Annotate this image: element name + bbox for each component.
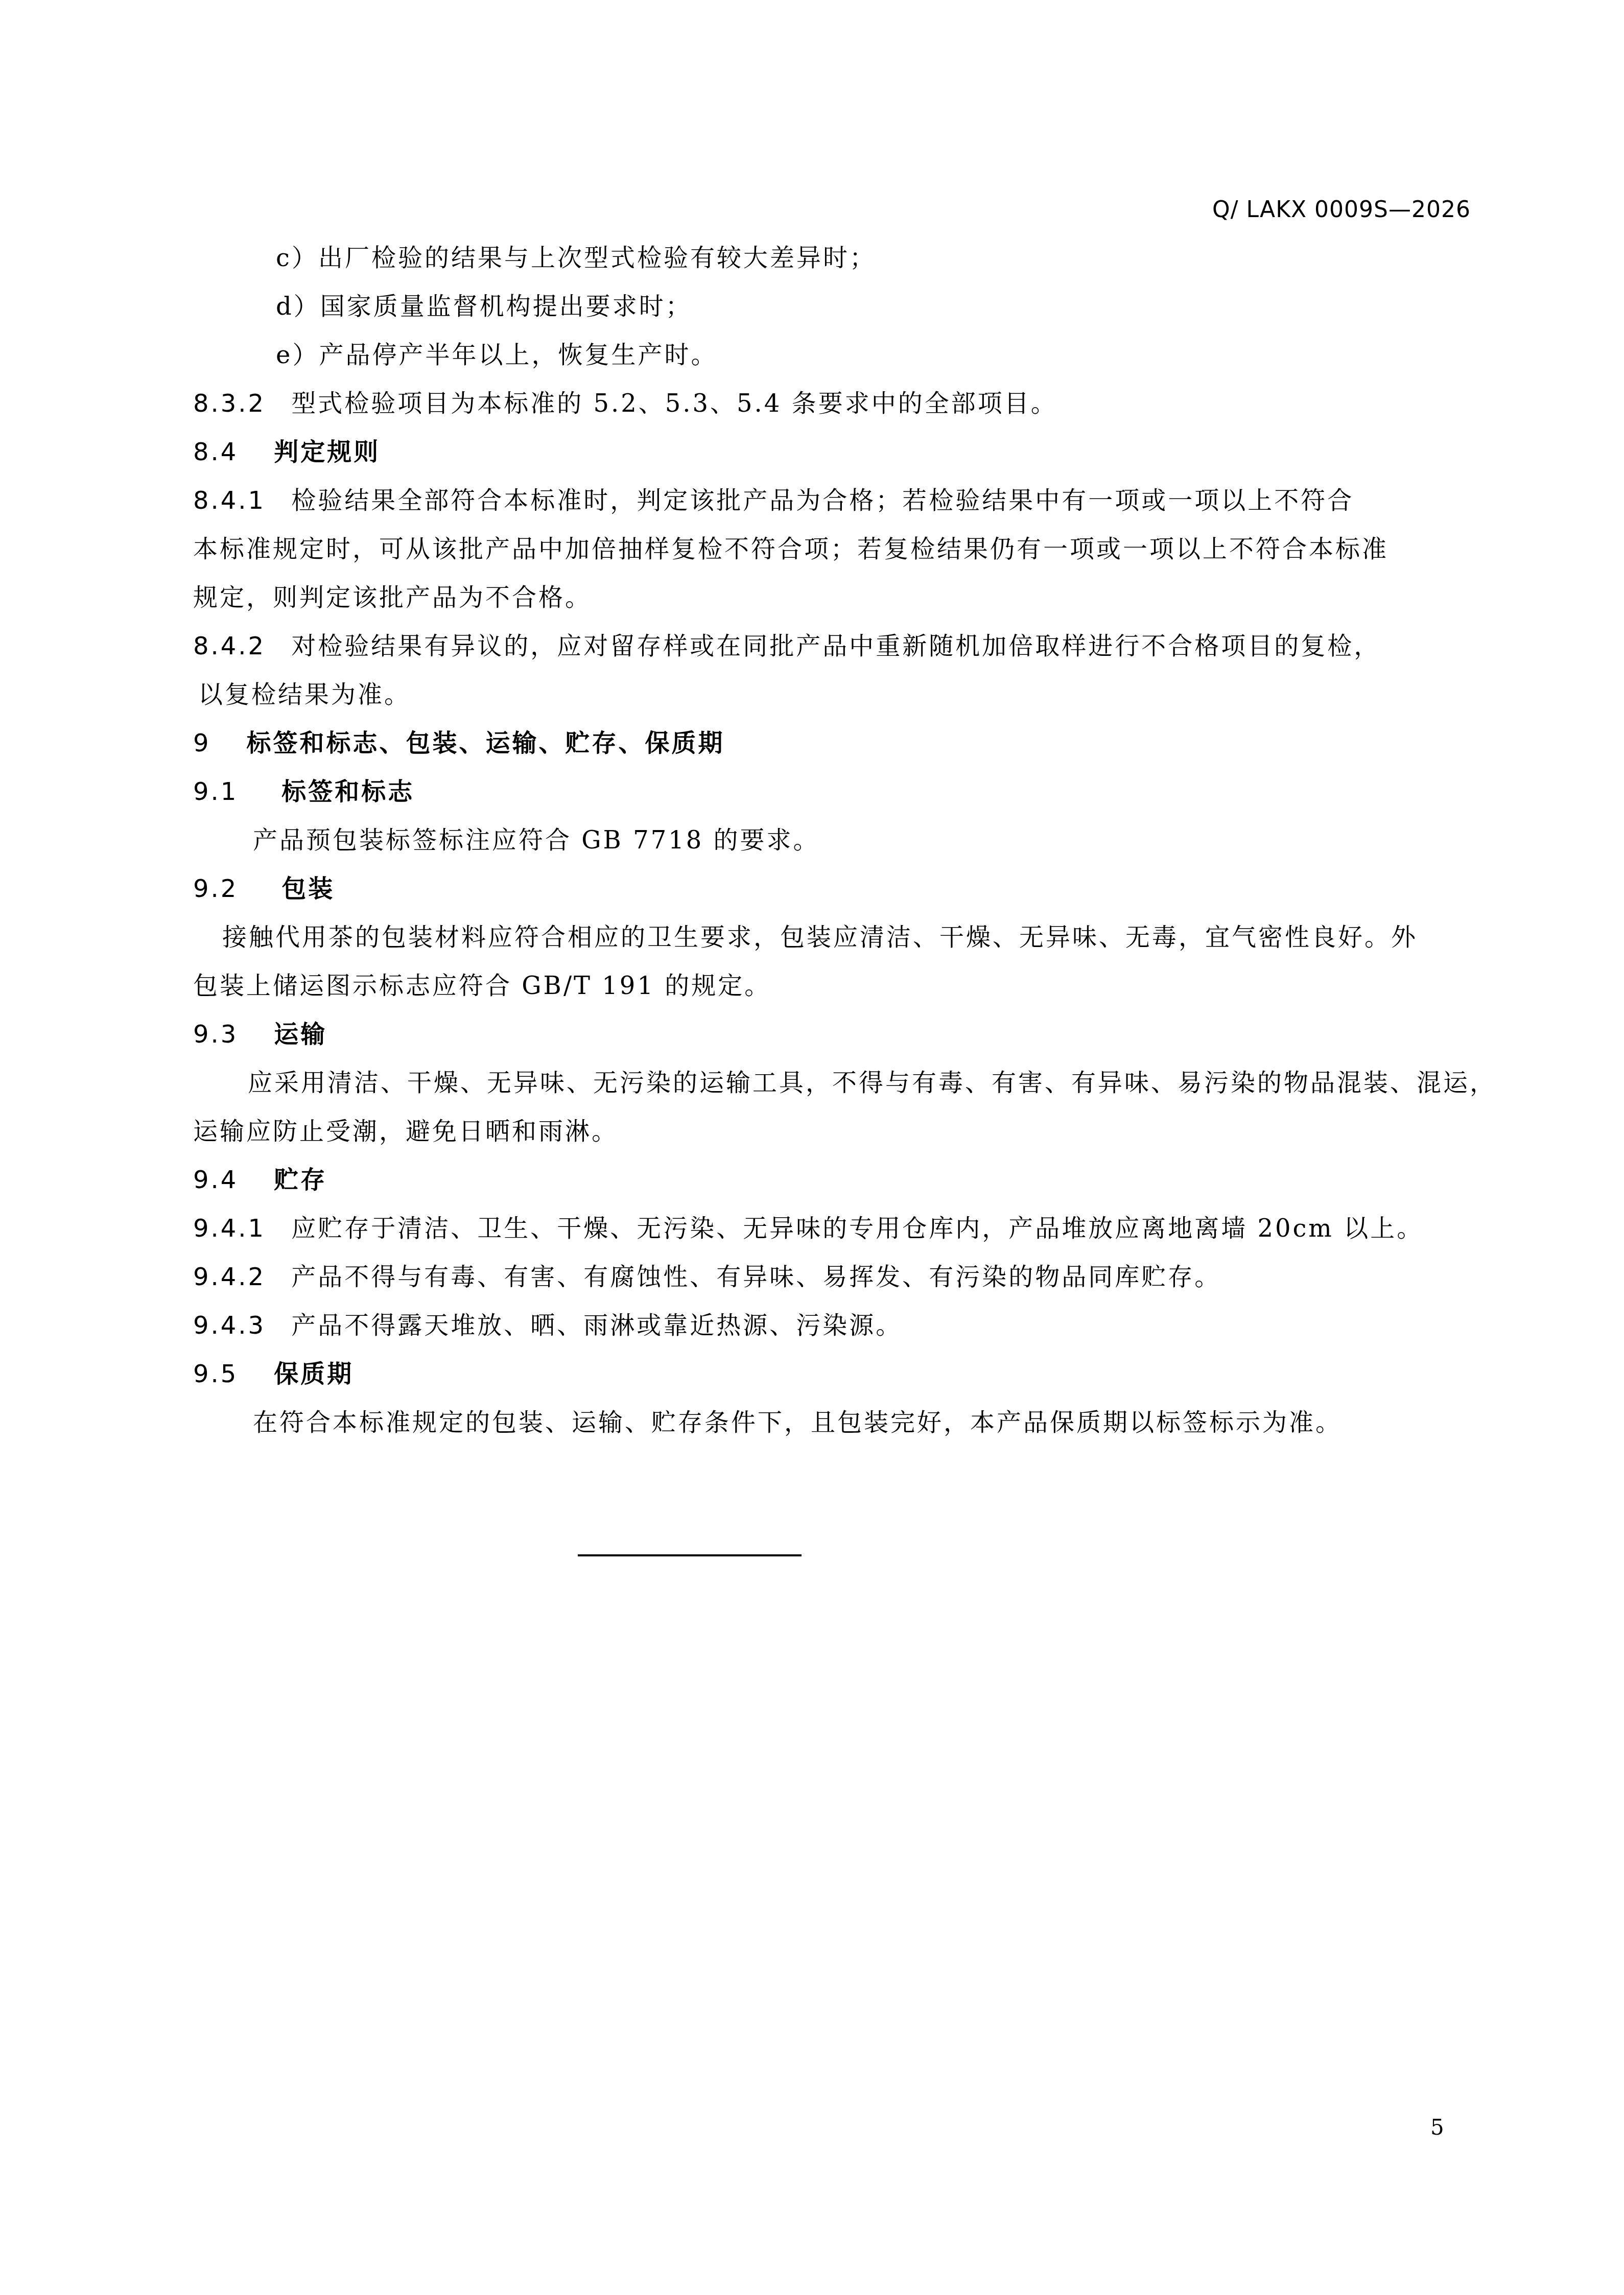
clause-text: 产品不得露天堆放、晒、雨淋或靠近热源、污染源。 bbox=[291, 1311, 902, 1340]
list-item-e: e）产品停产半年以上，恢复生产时。 bbox=[276, 340, 717, 370]
clause-9-4-2: 9.4.2产品不得与有毒、有害、有腐蚀性、有异味、易挥发、有污染的物品同库贮存。 bbox=[193, 1262, 1221, 1292]
paragraph-9-5: 在符合本标准规定的包装、运输、贮存条件下，且包装完好，本产品保质期以标签标示为准… bbox=[253, 1407, 1342, 1438]
paragraph-9-2-line2: 包装上储运图示标志应符合 GB/T 191 的规定。 bbox=[193, 971, 771, 1001]
clause-number: 8.3.2 bbox=[193, 388, 266, 419]
list-item-c: c）出厂检验的结果与上次型式检验有较大差异时； bbox=[276, 243, 876, 273]
document-page: Q/ LAKX 0009S—2026 c）出厂检验的结果与上次型式检验有较大差异… bbox=[0, 0, 1624, 2295]
end-of-text-rule bbox=[578, 1554, 802, 1556]
heading-number: 9.1 bbox=[193, 776, 238, 807]
list-marker: d） bbox=[276, 292, 320, 321]
clause-8-4-1-line3: 规定，则判定该批产品为不合格。 bbox=[193, 582, 592, 613]
clause-number: 9.4.1 bbox=[193, 1213, 266, 1244]
clause-text: 检验结果全部符合本标准时，判定该批产品为合格；若检验结果中有一项或一项以上不符合 bbox=[291, 486, 1354, 515]
clause-8-4-1-line2: 本标准规定时，可从该批产品中加倍抽样复检不符合项；若复检结果仍有一项或一项以上不… bbox=[193, 534, 1388, 564]
clause-number: 8.4.2 bbox=[193, 631, 266, 661]
clause-text: 应贮存于清洁、卫生、干燥、无污染、无异味的专用仓库内，产品堆放应离地离墙 20c… bbox=[291, 1214, 1423, 1243]
heading-title: 标签和标志、包装、运输、贮存、保质期 bbox=[247, 729, 725, 758]
clause-9-4-3: 9.4.3产品不得露天堆放、晒、雨淋或靠近热源、污染源。 bbox=[193, 1310, 902, 1341]
paragraph-9-2-line1: 接触代用茶的包装材料应符合相应的卫生要求，包装应清洁、干燥、无异味、无毒，宜气密… bbox=[222, 922, 1418, 953]
heading-title: 贮存 bbox=[274, 1166, 327, 1194]
clause-9-4-1: 9.4.1应贮存于清洁、卫生、干燥、无污染、无异味的专用仓库内，产品堆放应离地离… bbox=[193, 1213, 1423, 1244]
clause-8-4-1-line1: 8.4.1检验结果全部符合本标准时，判定该批产品为合格；若检验结果中有一项或一项… bbox=[193, 485, 1354, 516]
heading-number: 9.2 bbox=[193, 873, 238, 904]
heading-title: 运输 bbox=[274, 1020, 327, 1049]
clause-8-4-2-line1: 8.4.2对检验结果有异议的，应对留存样或在同批产品中重新随机加倍取样进行不合格… bbox=[193, 631, 1380, 661]
standard-code: Q/ LAKX 0009S—2026 bbox=[1212, 197, 1471, 223]
heading-number: 9 bbox=[193, 728, 211, 759]
clause-number: 9.4.2 bbox=[193, 1262, 266, 1292]
heading-number: 9.3 bbox=[193, 1019, 238, 1050]
heading-title: 包装 bbox=[281, 874, 335, 903]
list-marker: e） bbox=[276, 341, 319, 369]
heading-9-2: 9.2包装 bbox=[193, 873, 335, 904]
clause-number: 8.4.1 bbox=[193, 485, 266, 516]
heading-number: 9.5 bbox=[193, 1359, 238, 1389]
heading-number: 9.4 bbox=[193, 1165, 238, 1195]
heading-8-4: 8.4判定规则 bbox=[193, 437, 380, 467]
page-number: 5 bbox=[1430, 2115, 1444, 2140]
heading-number: 8.4 bbox=[193, 437, 238, 467]
clause-text: 型式检验项目为本标准的 5.2、5.3、5.4 条要求中的全部项目。 bbox=[291, 389, 1057, 418]
list-item-d: d）国家质量监督机构提出要求时； bbox=[276, 291, 692, 322]
paragraph-9-1: 产品预包装标签标注应符合 GB 7718 的要求。 bbox=[253, 825, 820, 856]
heading-9: 9标签和标志、包装、运输、贮存、保质期 bbox=[193, 728, 725, 759]
paragraph-9-3-line2: 运输应防止受潮，避免日晒和雨淋。 bbox=[193, 1116, 618, 1147]
list-marker: c） bbox=[276, 244, 318, 272]
heading-9-3: 9.3运输 bbox=[193, 1019, 327, 1050]
clause-number: 9.4.3 bbox=[193, 1310, 266, 1341]
heading-9-5: 9.5保质期 bbox=[193, 1359, 354, 1389]
list-text: 国家质量监督机构提出要求时； bbox=[320, 292, 692, 321]
heading-9-1: 9.1标签和标志 bbox=[193, 776, 414, 807]
clause-8-3-2: 8.3.2型式检验项目为本标准的 5.2、5.3、5.4 条要求中的全部项目。 bbox=[193, 388, 1057, 419]
clause-text: 产品不得与有毒、有害、有腐蚀性、有异味、易挥发、有污染的物品同库贮存。 bbox=[291, 1263, 1221, 1291]
heading-title: 判定规则 bbox=[274, 438, 380, 466]
paragraph-9-3-line1: 应采用清洁、干燥、无异味、无污染的运输工具，不得与有毒、有害、有异味、易污染的物… bbox=[248, 1068, 1496, 1098]
heading-title: 保质期 bbox=[274, 1360, 354, 1388]
clause-8-4-2-line2: 以复检结果为准。 bbox=[198, 679, 411, 710]
list-text: 出厂检验的结果与上次型式检验有较大差异时； bbox=[318, 244, 876, 272]
heading-9-4: 9.4贮存 bbox=[193, 1165, 327, 1195]
clause-text: 对检验结果有异议的，应对留存样或在同批产品中重新随机加倍取样进行不合格项目的复检… bbox=[291, 632, 1380, 660]
list-text: 产品停产半年以上，恢复生产时。 bbox=[319, 341, 717, 369]
heading-title: 标签和标志 bbox=[281, 777, 414, 806]
